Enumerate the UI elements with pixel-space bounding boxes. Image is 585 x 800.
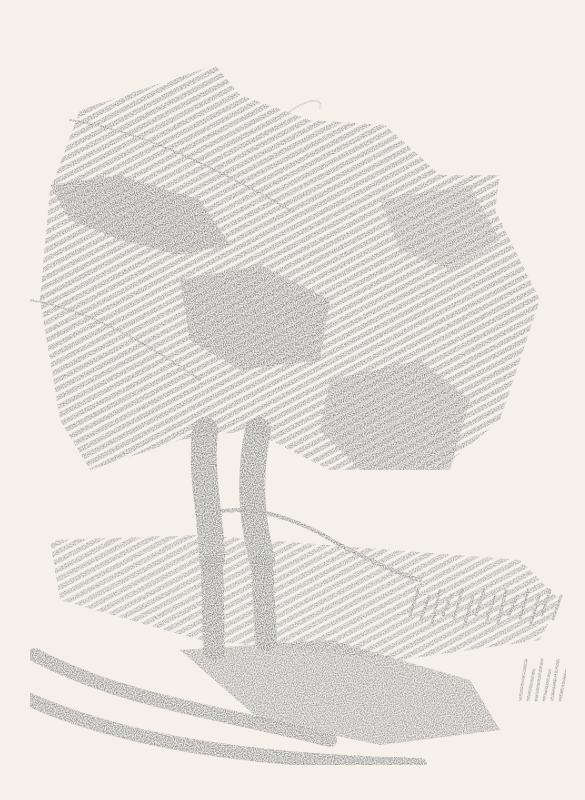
grass-tuft <box>536 660 542 700</box>
water-shadow <box>180 640 500 745</box>
sketch-artwork: Monochrome marker drawing of two trees b… <box>0 0 585 800</box>
grass-tuft <box>528 670 534 700</box>
reflection-right <box>262 565 266 640</box>
grass-tuft <box>544 670 550 700</box>
water-hatching <box>50 535 560 660</box>
grass-tuft <box>520 660 526 700</box>
grass-tuft <box>552 660 558 700</box>
tree-sketch-drawing <box>0 0 585 800</box>
reflection-left <box>212 565 214 650</box>
grass-tuft <box>560 670 566 700</box>
